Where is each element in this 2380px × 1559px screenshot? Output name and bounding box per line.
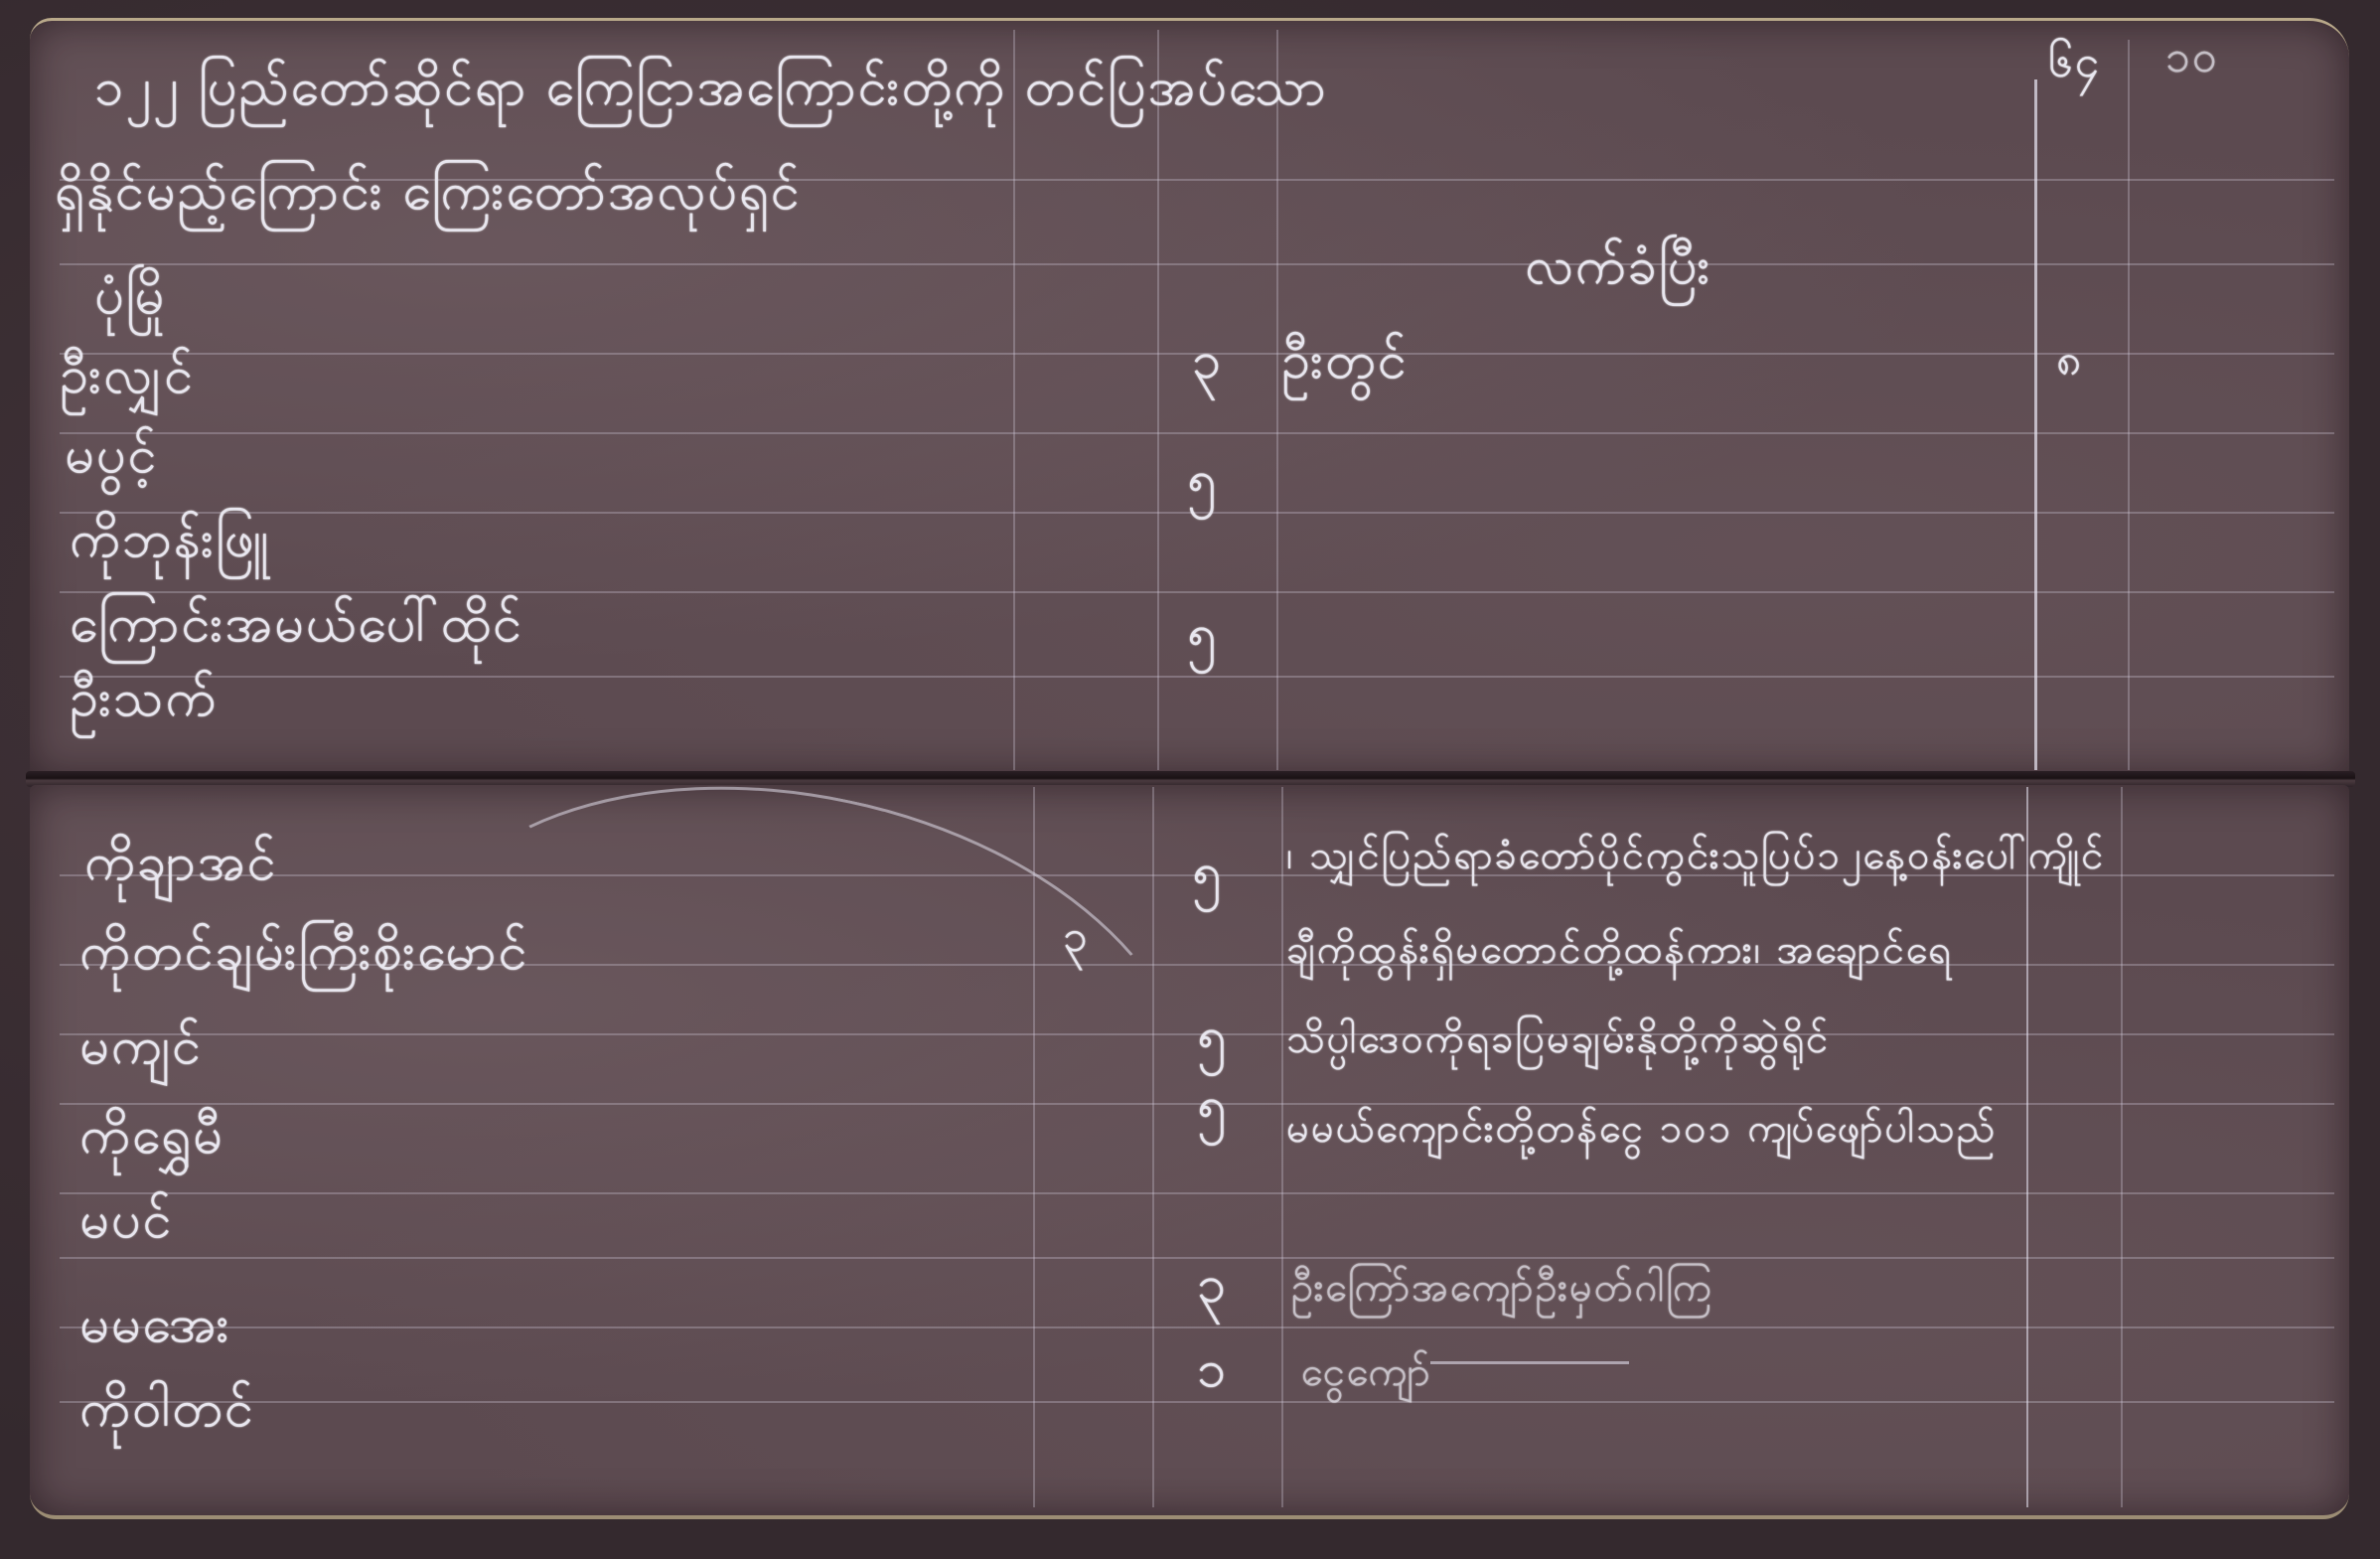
header-line-1: ၁၂၂ ပြည်တော်ဆိုင်ရာ ကြေငြာအကြောင်းတို့ကိ…: [94, 55, 1328, 130]
manuscript-leaf-bottom: [30, 785, 2349, 1519]
column-rule-main: [2026, 787, 2028, 1507]
ruled-line: [60, 432, 2334, 434]
ruled-line: [60, 263, 2334, 265]
mid-value: ၃: [1063, 909, 1090, 973]
name-entry: ဦးလျှင်: [60, 343, 195, 418]
marker: ၃: [1197, 1252, 1228, 1327]
header-line-2: ရှိနိုင်မည့်ကြောင်း ကြေးတော်အလုပ်ရှင်: [55, 159, 802, 234]
column-rule: [1013, 30, 1015, 770]
section-heading: လက်ခံပြီး: [1525, 234, 1711, 309]
column-rule: [2121, 787, 2123, 1507]
paragraph-line: ၊ သျှင်ပြည်ရာခံတော်ပိုင်ကွင်းသူပြပ်၁၂နေ့…: [1286, 830, 2105, 888]
name-entry: ကိုတင်ချမ်းကြီးစိုးမောင်: [79, 919, 528, 995]
marker: ၃: [1192, 328, 1223, 403]
column-rule-main: [2034, 79, 2037, 770]
signature-line-1: ဦးကြော်အကျော်ဦးမှတ်ဂါကြ: [1291, 1262, 1713, 1321]
name-entry: ကိုချာအင်: [84, 830, 277, 905]
marker: ၅: [1187, 447, 1218, 523]
column-rule: [1157, 30, 1159, 770]
ruled-line: [60, 1192, 2334, 1194]
signature-line-2: ငွေကျော်: [1301, 1346, 1432, 1405]
page-number-right: ၁၀: [2165, 30, 2219, 93]
paragraph-line: သိပ္ပါဒေဝကိုရခပြမချမ်းနိုတို့ကိုဆွဲရိုင်: [1286, 1013, 1830, 1072]
marker: ၅: [1197, 1073, 1228, 1149]
paragraph-line: ချီကိုထွန်းရှိမတောင်တို့ထန်ကား၊ အချောင်ရ…: [1286, 924, 1953, 983]
paragraph-line: မမယ်ကျောင်းတို့တန်ငွေ ၁၀၁ ကျပ်ဖျော်ပါသည်: [1286, 1103, 1997, 1162]
name-entry: မပင်: [79, 1187, 173, 1263]
column-rule: [1276, 30, 1278, 770]
marker: ၁: [1197, 1336, 1228, 1412]
name-entry: မကျင်: [79, 1013, 203, 1089]
column-rule: [1281, 787, 1283, 1507]
marker: ၅: [1192, 840, 1223, 915]
signature-flourish: [1430, 1361, 1629, 1364]
name-entry: ကြောင်းအမယ်ပေါ်ထိုင်: [70, 591, 523, 667]
marker: ၅: [1187, 601, 1218, 677]
name-entry: ကိုရွှေမီ: [79, 1103, 224, 1178]
marker: ၅: [1197, 1004, 1228, 1079]
entry-text: ဦးတွင်: [1281, 328, 1409, 403]
column-rule: [2128, 40, 2130, 770]
page-number-left: ၆၄: [2048, 35, 2102, 98]
name-entry: မမအေး: [79, 1292, 231, 1367]
entry-value: ၈: [2056, 333, 2083, 396]
name-entry: ပုံမြို: [94, 263, 166, 339]
name-entry: မပွင့်: [65, 422, 158, 498]
name-entry: ကိုဘုန်းဖြူ: [70, 507, 271, 582]
name-entry: ဦးသက်: [70, 666, 218, 741]
name-entry: ကိုဝါတင်: [79, 1376, 255, 1452]
